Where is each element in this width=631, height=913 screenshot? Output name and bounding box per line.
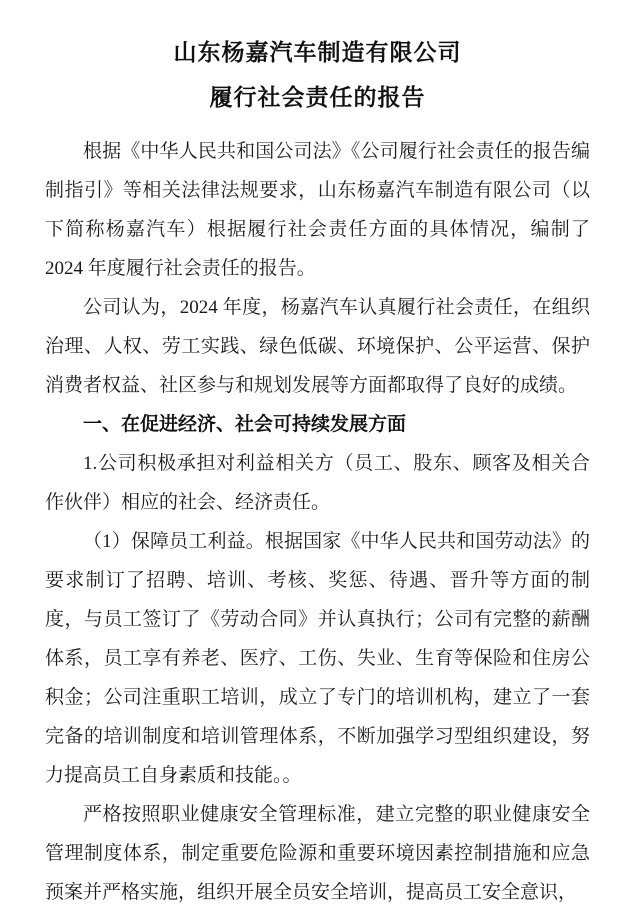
section-heading-1: 一、在促进经济、社会可持续发展方面	[45, 405, 590, 444]
report-body: 根据《中华人民共和国公司法》《公司履行社会责任的报告编制指引》等相关法律法规要求…	[45, 132, 590, 912]
paragraph-occupational-safety: 严格按照职业健康安全管理标准，建立完整的职业健康安全管理制度体系，制定重要危险源…	[45, 795, 590, 912]
document-page: 山东杨嘉汽车制造有限公司 履行社会责任的报告 根据《中华人民共和国公司法》《公司…	[0, 0, 631, 913]
paragraph-stakeholder-responsibility: 1.公司积极承担对利益相关方（员工、股东、顾客及相关合作伙伴）相应的社会、经济责…	[45, 444, 590, 522]
paragraph-overview: 公司认为，2024 年度，杨嘉汽车认真履行社会责任，在组织治理、人权、劳工实践、…	[45, 288, 590, 405]
report-title-line-2: 履行社会责任的报告	[45, 75, 590, 120]
report-title-line-1: 山东杨嘉汽车制造有限公司	[45, 30, 590, 75]
paragraph-intro: 根据《中华人民共和国公司法》《公司履行社会责任的报告编制指引》等相关法律法规要求…	[45, 132, 590, 288]
paragraph-employee-benefits: （1）保障员工利益。根据国家《中华人民共和国劳动法》的要求制订了招聘、培训、考核…	[45, 522, 590, 795]
